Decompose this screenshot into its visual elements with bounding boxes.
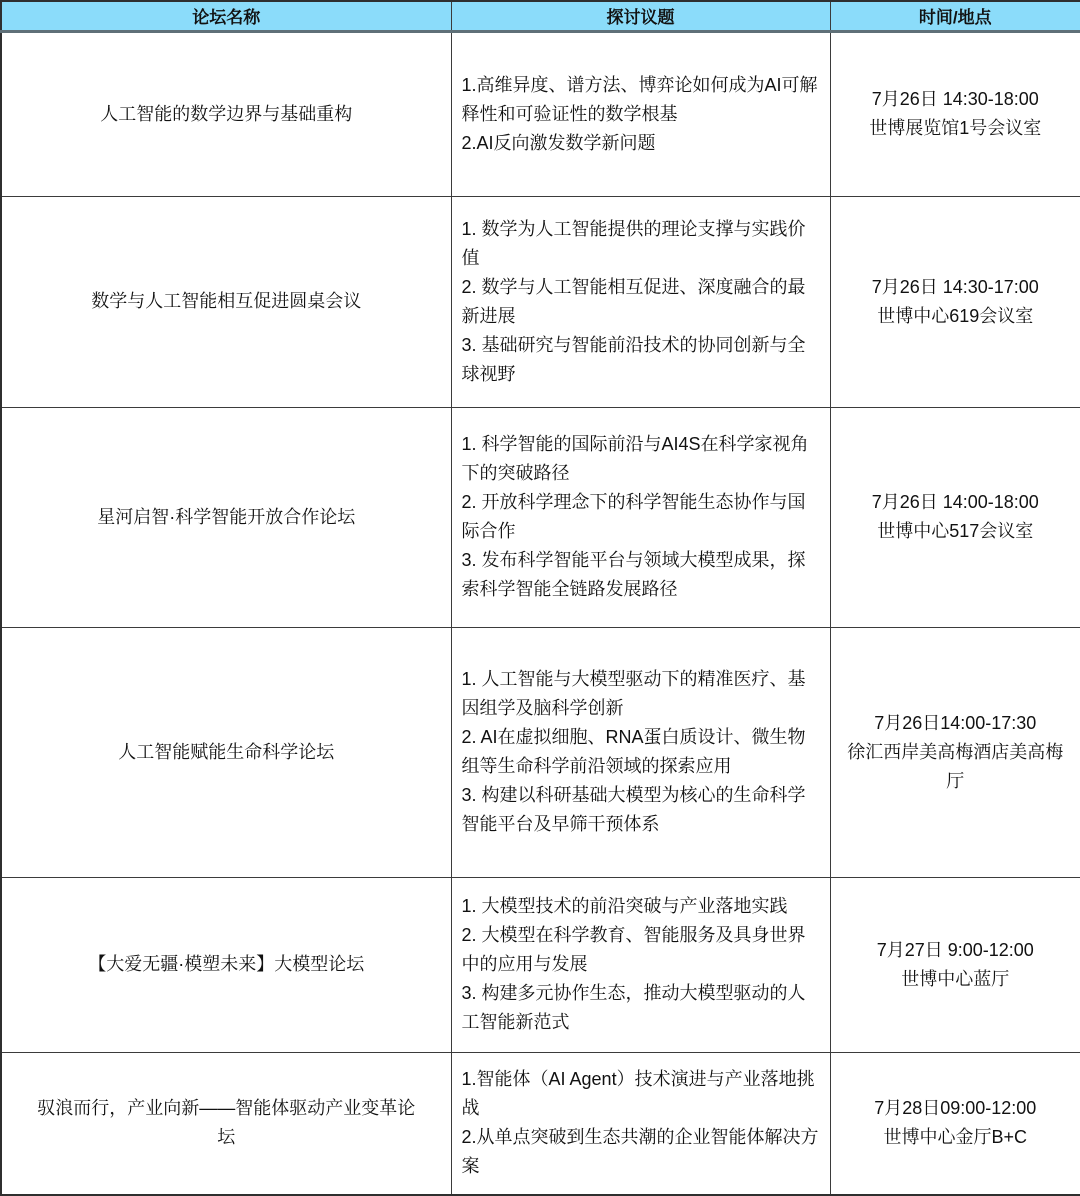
location-text: 世博中心金厅B+C xyxy=(841,1123,1071,1152)
table-row: 星河启智·科学智能开放合作论坛1. 科学智能的国际前沿与AI4S在科学家视角下的… xyxy=(1,407,1080,627)
forum-name-cell: 人工智能赋能生命科学论坛 xyxy=(1,627,451,877)
topics-cell: 1.高维异度、谱方法、博弈论如何成为AI可解释性和可验证性的数学根基2.AI反向… xyxy=(451,31,830,196)
topic-item: 2. 大模型在科学教育、智能服务及具身世界中的应用与发展 xyxy=(462,921,822,979)
location-text: 世博中心517会议室 xyxy=(841,517,1071,546)
topic-item: 3. 基础研究与智能前沿技术的协同创新与全球视野 xyxy=(462,331,822,389)
time-location-cell: 7月26日14:00-17:30徐汇西岸美高梅酒店美高梅厅 xyxy=(830,627,1080,877)
header-row: 论坛名称 探讨议题 时间/地点 xyxy=(1,1,1080,31)
topics-cell: 1.智能体（AI Agent）技术演进与产业落地挑战2.从单点突破到生态共潮的企… xyxy=(451,1052,830,1195)
forum-schedule-table: 论坛名称 探讨议题 时间/地点 人工智能的数学边界与基础重构1.高维异度、谱方法… xyxy=(0,0,1080,1196)
topic-item: 3. 发布科学智能平台与领域大模型成果，探索科学智能全链路发展路径 xyxy=(462,546,822,604)
topic-item: 1.智能体（AI Agent）技术演进与产业落地挑战 xyxy=(462,1065,822,1123)
topic-item: 1.高维异度、谱方法、博弈论如何成为AI可解释性和可验证性的数学根基 xyxy=(462,71,822,129)
table-row: 人工智能的数学边界与基础重构1.高维异度、谱方法、博弈论如何成为AI可解释性和可… xyxy=(1,31,1080,196)
time-location-cell: 7月28日09:00-12:00世博中心金厅B+C xyxy=(830,1052,1080,1195)
location-text: 徐汇西岸美高梅酒店美高梅厅 xyxy=(841,738,1071,796)
header-forum-name: 论坛名称 xyxy=(1,1,451,31)
location-text: 世博中心619会议室 xyxy=(841,302,1071,331)
header-time-location: 时间/地点 xyxy=(830,1,1080,31)
forum-name-cell: 人工智能的数学边界与基础重构 xyxy=(1,31,451,196)
forum-name-cell: 星河启智·科学智能开放合作论坛 xyxy=(1,407,451,627)
topics-cell: 1. 大模型技术的前沿突破与产业落地实践2. 大模型在科学教育、智能服务及具身世… xyxy=(451,877,830,1052)
topic-item: 1. 大模型技术的前沿突破与产业落地实践 xyxy=(462,892,822,921)
time-text: 7月26日 14:30-17:00 xyxy=(841,273,1071,302)
time-location-cell: 7月26日 14:00-18:00世博中心517会议室 xyxy=(830,407,1080,627)
forum-name-cell: 【大爱无疆·模塑未来】大模型论坛 xyxy=(1,877,451,1052)
header-topics: 探讨议题 xyxy=(451,1,830,31)
topic-item: 1. 数学为人工智能提供的理论支撑与实践价值 xyxy=(462,215,822,273)
time-text: 7月26日 14:00-18:00 xyxy=(841,488,1071,517)
forum-schedule-page: 论坛名称 探讨议题 时间/地点 人工智能的数学边界与基础重构1.高维异度、谱方法… xyxy=(0,0,1080,1196)
time-text: 7月26日 14:30-18:00 xyxy=(841,85,1071,114)
table-row: 数学与人工智能相互促进圆桌会议1. 数学为人工智能提供的理论支撑与实践价值2. … xyxy=(1,196,1080,407)
table-row: 【大爱无疆·模塑未来】大模型论坛1. 大模型技术的前沿突破与产业落地实践2. 大… xyxy=(1,877,1080,1052)
topic-item: 3. 构建多元协作生态，推动大模型驱动的人工智能新范式 xyxy=(462,979,822,1037)
forum-name-cell: 驭浪而行，产业向新——智能体驱动产业变革论坛 xyxy=(1,1052,451,1195)
topic-item: 1. 科学智能的国际前沿与AI4S在科学家视角下的突破路径 xyxy=(462,430,822,488)
time-location-cell: 7月27日 9:00-12:00世博中心蓝厅 xyxy=(830,877,1080,1052)
topic-item: 2.从单点突破到生态共潮的企业智能体解决方案 xyxy=(462,1123,822,1181)
topic-item: 2. AI在虚拟细胞、RNA蛋白质设计、微生物组等生命科学前沿领域的探索应用 xyxy=(462,723,822,781)
table-row: 人工智能赋能生命科学论坛1. 人工智能与大模型驱动下的精准医疗、基因组学及脑科学… xyxy=(1,627,1080,877)
time-text: 7月27日 9:00-12:00 xyxy=(841,936,1071,965)
time-location-cell: 7月26日 14:30-17:00世博中心619会议室 xyxy=(830,196,1080,407)
time-location-cell: 7月26日 14:30-18:00世博展览馆1号会议室 xyxy=(830,31,1080,196)
topics-cell: 1. 人工智能与大模型驱动下的精准医疗、基因组学及脑科学创新2. AI在虚拟细胞… xyxy=(451,627,830,877)
topics-cell: 1. 科学智能的国际前沿与AI4S在科学家视角下的突破路径2. 开放科学理念下的… xyxy=(451,407,830,627)
topics-cell: 1. 数学为人工智能提供的理论支撑与实践价值2. 数学与人工智能相互促进、深度融… xyxy=(451,196,830,407)
time-text: 7月26日14:00-17:30 xyxy=(841,709,1071,738)
topic-item: 1. 人工智能与大模型驱动下的精准医疗、基因组学及脑科学创新 xyxy=(462,665,822,723)
location-text: 世博展览馆1号会议室 xyxy=(841,114,1071,143)
table-row: 驭浪而行，产业向新——智能体驱动产业变革论坛1.智能体（AI Agent）技术演… xyxy=(1,1052,1080,1195)
topic-item: 3. 构建以科研基础大模型为核心的生命科学智能平台及早筛干预体系 xyxy=(462,781,822,839)
topic-item: 2. 开放科学理念下的科学智能生态协作与国际合作 xyxy=(462,488,822,546)
location-text: 世博中心蓝厅 xyxy=(841,965,1071,994)
time-text: 7月28日09:00-12:00 xyxy=(841,1094,1071,1123)
topic-item: 2. 数学与人工智能相互促进、深度融合的最新进展 xyxy=(462,273,822,331)
forum-name-cell: 数学与人工智能相互促进圆桌会议 xyxy=(1,196,451,407)
topic-item: 2.AI反向激发数学新问题 xyxy=(462,129,822,158)
